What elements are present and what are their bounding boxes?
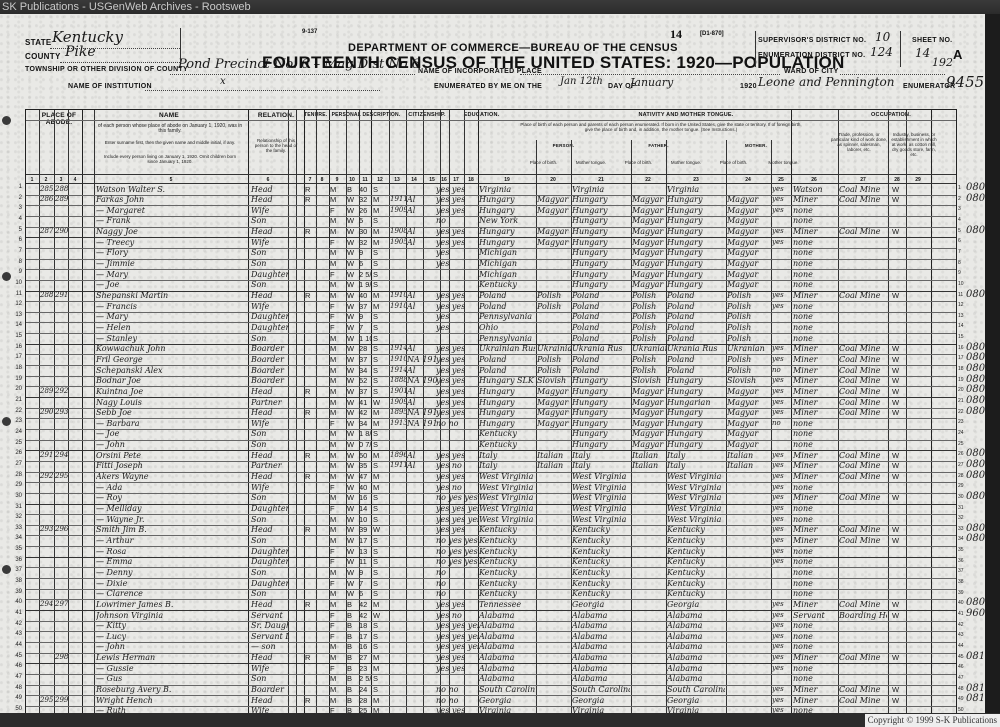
occupation: Miner xyxy=(793,461,837,470)
sex: M xyxy=(330,536,344,545)
marital-status: W xyxy=(373,525,387,534)
immigration-year: 1888 xyxy=(390,376,406,384)
father-mother-tongue: Magyar xyxy=(632,280,666,289)
marital-status: M xyxy=(373,696,387,705)
marital-status: M xyxy=(373,227,387,236)
sex: M xyxy=(330,334,344,343)
race: B xyxy=(347,642,359,651)
father-birthplace: West Virginia xyxy=(572,493,630,502)
line-number: 32 xyxy=(958,515,968,521)
speaks-english: yes xyxy=(772,376,790,384)
relationship: Head xyxy=(251,291,289,300)
speaks-english: yes xyxy=(772,547,790,555)
person-mother-tongue: Magyar xyxy=(537,387,571,396)
institution-label: NAME OF INSTITUTION xyxy=(68,83,152,90)
father-birthplace: Poland xyxy=(572,302,630,311)
sheet-number-label: SHEET NO. xyxy=(912,37,952,44)
line-number: 48 xyxy=(8,685,22,691)
father-birthplace: Hungary xyxy=(572,387,630,396)
sex: M xyxy=(330,600,344,609)
marital-status: M xyxy=(373,664,387,673)
home-owned-rented: R xyxy=(305,696,315,705)
relationship: Head xyxy=(251,696,289,705)
marital-status: S xyxy=(373,557,387,566)
census-table: PLACE OF ABODE. NAME RELATION. TENURE. P… xyxy=(25,109,957,717)
occupation: none xyxy=(793,589,837,598)
father-mother-tongue: Magyar xyxy=(632,227,666,236)
race: B xyxy=(347,674,359,683)
relationship: Wife xyxy=(251,664,289,673)
person-birthplace: Hungary xyxy=(479,387,535,396)
line-number: 13 xyxy=(958,313,968,319)
relationship: Head xyxy=(251,195,289,204)
person-name: — Mary xyxy=(96,312,246,321)
person-name: Watson Walter S. xyxy=(96,185,246,194)
occupation: none xyxy=(793,440,837,449)
occupation: Miner xyxy=(793,398,837,407)
speaks-english: yes xyxy=(772,238,790,246)
speaks-english: yes xyxy=(772,685,790,693)
industry: Coal Mine xyxy=(839,493,887,502)
education: no xyxy=(436,216,478,225)
mother-birthplace: Hungary xyxy=(667,280,725,289)
person-birthplace: Alabama xyxy=(479,642,535,651)
industry: Coal Mine xyxy=(839,376,887,385)
line-number: 38 xyxy=(958,579,968,585)
race: W xyxy=(347,227,359,236)
person-name: Lowrimer James B. xyxy=(96,600,246,609)
education: yes yes xyxy=(436,664,478,673)
occupation: none xyxy=(793,206,837,215)
father-birthplace: Hungary xyxy=(572,238,630,247)
immigration-year: 1910 xyxy=(390,355,406,363)
column-rule xyxy=(371,110,372,716)
race: W xyxy=(347,408,359,417)
education: yes yes xyxy=(436,408,478,417)
line-number: 22 xyxy=(8,408,22,414)
sex: F xyxy=(330,419,344,428)
person-birthplace: Ohio xyxy=(479,323,535,332)
occupation: Miner xyxy=(793,355,837,364)
occupation-code: 960 xyxy=(966,608,985,619)
person-name: Wright Hench xyxy=(96,696,246,705)
person-birthplace: West Virginia xyxy=(479,504,535,513)
person-birthplace: Kentucky xyxy=(479,536,535,545)
speaks-english: yes xyxy=(772,344,790,352)
industry: Coal Mine xyxy=(839,344,887,353)
line-number: 2 xyxy=(8,195,22,201)
relationship: Head xyxy=(251,227,289,236)
education: yes yes xyxy=(436,376,478,385)
industry: Coal Mine xyxy=(839,408,887,417)
age: 41 xyxy=(359,398,371,407)
dwelling-number: 293 xyxy=(40,525,54,533)
person-birthplace: Pennsylvania xyxy=(479,334,535,343)
father-mother-tongue: Magyar xyxy=(632,419,666,428)
occupation: Miner xyxy=(793,366,837,375)
father-pob-heading: Place of birth. xyxy=(611,160,666,165)
sex: F xyxy=(330,206,344,215)
naturalization: Al xyxy=(407,398,437,407)
family-number: 293 xyxy=(55,408,69,416)
line-number: 31 xyxy=(958,505,968,511)
line-number: 33 xyxy=(8,525,22,531)
mother-birthplace: Hungary xyxy=(667,429,725,438)
mother-mother-tongue: Magyar xyxy=(727,429,771,438)
line-number: 23 xyxy=(8,418,22,424)
father-birthplace: Alabama xyxy=(572,632,630,641)
education: yes yes xyxy=(436,185,478,194)
father-birthplace: Italy xyxy=(572,451,630,460)
father-mother-tongue: Polish xyxy=(632,291,666,300)
line-number: 30 xyxy=(8,493,22,499)
age: 42 xyxy=(359,600,371,609)
industry: Coal Mine xyxy=(839,227,887,236)
father-mother-tongue: Magyar xyxy=(632,440,666,449)
occupation: none xyxy=(793,270,837,279)
father-birthplace: Poland xyxy=(572,334,630,343)
dwelling-number: 291 xyxy=(40,451,54,459)
industry: Coal Mine xyxy=(839,291,887,300)
father-mother-tongue: Magyar xyxy=(632,408,666,417)
mother-mother-tongue: Magyar xyxy=(727,440,771,449)
person-birthplace: Hungary xyxy=(479,195,535,204)
mother-birthplace: Hungary xyxy=(667,216,725,225)
line-number: 47 xyxy=(8,674,22,680)
father-birthplace: South Carolina xyxy=(572,685,630,694)
dwelling-number: 294 xyxy=(40,600,54,608)
age: 9 xyxy=(359,568,371,577)
father-birthplace: Hungary xyxy=(572,227,630,236)
person-name: Fril George xyxy=(96,355,246,364)
sex: M xyxy=(330,674,344,683)
mother-birthplace: West Virginia xyxy=(667,515,725,524)
person-birthplace: Michigan xyxy=(479,259,535,268)
father-birthplace: Hungary xyxy=(572,398,630,407)
mother-mother-tongue: Magyar xyxy=(727,387,771,396)
sex: M xyxy=(330,451,344,460)
occupation: Miner xyxy=(793,696,837,705)
mother-birthplace: Hungary xyxy=(667,419,725,428)
line-number: 40 xyxy=(8,599,22,605)
sex: M xyxy=(330,493,344,502)
person-birthplace: Kentucky xyxy=(479,280,535,289)
father-birthplace: Alabama xyxy=(572,611,630,620)
column-rule xyxy=(931,110,932,716)
line-number: 25 xyxy=(958,441,968,447)
line-number: 29 xyxy=(8,482,22,488)
person-birthplace: Hungary SLK xyxy=(479,376,535,385)
family-number: 288 xyxy=(55,185,69,193)
age: 14 xyxy=(359,504,371,513)
sheet-side: A xyxy=(953,47,962,62)
age: 47 xyxy=(359,472,371,481)
line-number: 44 xyxy=(958,643,968,649)
age: 1 9/12 xyxy=(359,280,371,289)
mother-birthplace: Alabama xyxy=(667,674,725,683)
mother-birthplace: Alabama xyxy=(667,621,725,630)
relationship: Son xyxy=(251,259,289,268)
marital-status: S xyxy=(373,334,387,343)
person-birthplace: Alabama xyxy=(479,664,535,673)
line-number: 21 xyxy=(8,397,22,403)
naturalization: Al xyxy=(407,451,437,460)
line-number: 36 xyxy=(8,557,22,563)
person-name: Shepanski Martin xyxy=(96,291,246,300)
race: B xyxy=(347,611,359,620)
education: yes yes xyxy=(436,387,478,396)
race: W xyxy=(347,504,359,513)
speaks-english: yes xyxy=(772,291,790,299)
speaks-english: yes xyxy=(772,493,790,501)
education: yes yes xyxy=(436,653,478,662)
punch-hole xyxy=(2,116,11,125)
industry: Coal Mine xyxy=(839,387,887,396)
mother-birthplace: Italy xyxy=(667,461,725,470)
relationship: Head xyxy=(251,653,289,662)
group-name: NAME xyxy=(94,112,244,119)
person-birthplace: Virginia xyxy=(479,185,535,194)
sheet-number-value: 14 xyxy=(915,46,930,60)
occupation: none xyxy=(793,429,837,438)
mother-birthplace: South Carolina xyxy=(667,685,725,694)
father-birthplace: Hungary xyxy=(572,440,630,449)
person-birthplace: Hungary xyxy=(479,206,535,215)
father-birthplace: Hungary xyxy=(572,216,630,225)
education: yes yes xyxy=(436,206,478,215)
person-name: — Gus xyxy=(96,674,246,683)
father-mother-tongue: Magyar xyxy=(632,195,666,204)
line-number: 28 xyxy=(8,472,22,478)
industry: Coal Mine xyxy=(839,398,887,407)
father-birthplace: Poland xyxy=(572,355,630,364)
speaks-english: yes xyxy=(772,227,790,235)
industry: Coal Mine xyxy=(839,185,887,194)
industry: Coal Mine xyxy=(839,696,887,705)
speaks-english: yes xyxy=(772,483,790,491)
speaks-english: yes xyxy=(772,408,790,416)
immigration-year: 1914 xyxy=(390,344,406,352)
header-rule xyxy=(26,120,956,121)
industry: Boarding House xyxy=(839,611,887,620)
person-birthplace: Italy xyxy=(479,451,535,460)
sex: M xyxy=(330,472,344,481)
person-name: Johnson Virginia xyxy=(96,611,246,620)
age: 40 xyxy=(359,185,371,194)
age: 28 xyxy=(359,696,371,705)
line-number: 43 xyxy=(8,631,22,637)
marital-status: S xyxy=(373,504,387,513)
person-birthplace: Georgia xyxy=(479,696,535,705)
father-birthplace: Hungary xyxy=(572,419,630,428)
person-birthplace: Poland xyxy=(479,366,535,375)
father-birthplace: Poland xyxy=(572,291,630,300)
immigration-year: 1911 xyxy=(390,461,406,469)
marital-status: M xyxy=(373,600,387,609)
occupation: Miner xyxy=(793,493,837,502)
mother-mother-tongue: Polish xyxy=(727,302,771,311)
line-number: 10 xyxy=(958,281,968,287)
father-birthplace: Hungary xyxy=(572,429,630,438)
marital-status: M xyxy=(373,419,387,428)
education: yes no xyxy=(436,483,478,492)
age: 40 xyxy=(359,291,371,300)
marital-status: S xyxy=(373,259,387,268)
county-value: Pike xyxy=(65,44,96,60)
age: 23 xyxy=(359,664,371,673)
race: W xyxy=(347,547,359,556)
speaks-english: yes xyxy=(772,642,790,650)
employer-class: W xyxy=(892,525,904,534)
marital-status: S xyxy=(373,216,387,225)
marital-status: S xyxy=(373,248,387,257)
industry: Coal Mine xyxy=(839,653,887,662)
sex: M xyxy=(330,216,344,225)
employer-class: W xyxy=(892,366,904,375)
sex: F xyxy=(330,270,344,279)
naturalization: NA 1915 xyxy=(407,419,437,428)
marital-status: S xyxy=(373,515,387,524)
line-number: 8 xyxy=(8,259,22,265)
family-number: 294 xyxy=(55,451,69,459)
marital-status: S xyxy=(373,366,387,375)
father-birthplace: Hungary xyxy=(572,259,630,268)
relationship: Son xyxy=(251,216,289,225)
relationship: Son xyxy=(251,515,289,524)
sex: M xyxy=(330,461,344,470)
person-birthplace: West Virginia xyxy=(479,493,535,502)
age: 10 xyxy=(359,515,371,524)
person-name: — Kitty xyxy=(96,621,246,630)
occupation-code: 080 xyxy=(966,533,985,544)
dwelling-number: 289 xyxy=(40,387,54,395)
speaks-english: yes xyxy=(772,611,790,619)
age: 1 8/12 xyxy=(359,429,371,438)
education: no no xyxy=(436,696,478,705)
person-birthplace: Ukrainian Rus xyxy=(479,344,535,353)
line-number: 50 xyxy=(8,706,22,712)
race: W xyxy=(347,238,359,247)
education: yes yes yes xyxy=(436,621,478,630)
immigration-year: 1909 xyxy=(390,206,406,214)
sex: M xyxy=(330,589,344,598)
institution-value: x xyxy=(220,76,226,87)
education: yes yes xyxy=(436,195,478,204)
race: B xyxy=(347,632,359,641)
line-number: 35 xyxy=(8,546,22,552)
marital-status: M xyxy=(373,291,387,300)
line-number: 3 xyxy=(958,206,968,212)
occupation-code: 081 xyxy=(966,651,985,662)
mother-birthplace: Kentucky xyxy=(667,568,725,577)
employer-class: W xyxy=(892,611,904,620)
marital-status: S xyxy=(373,674,387,683)
occupation-code: 080 xyxy=(966,363,985,374)
speaks-english: yes xyxy=(772,472,790,480)
immigration-year: 1905 xyxy=(390,238,406,246)
father-birthplace: Hungary xyxy=(572,408,630,417)
copyright-notice: Copyright © 1999 S-K Publications xyxy=(865,714,1000,727)
father-tongue-heading: Mother tongue. xyxy=(666,160,706,165)
person-mother-tongue: Polish xyxy=(537,366,571,375)
race: W xyxy=(347,248,359,257)
mother-mother-tongue: Italian xyxy=(727,451,771,460)
marital-status: M xyxy=(373,206,387,215)
person-name: — Rosa xyxy=(96,547,246,556)
marital-status: M xyxy=(373,653,387,662)
person-birthplace: Alabama xyxy=(479,674,535,683)
education: yes xyxy=(436,248,478,257)
race: W xyxy=(347,195,359,204)
mother-birthplace: Hungary xyxy=(667,408,725,417)
father-mother-tongue: Italian xyxy=(632,461,666,470)
occupation: none xyxy=(793,557,837,566)
relationship: Partner xyxy=(251,461,289,470)
education: yes xyxy=(436,312,478,321)
age: 37 xyxy=(359,355,371,364)
father-birthplace: Alabama xyxy=(572,642,630,651)
marital-status: S xyxy=(373,323,387,332)
employer-class: W xyxy=(892,344,904,353)
person-name: — Jimmie xyxy=(96,259,246,268)
industry: Coal Mine xyxy=(839,355,887,364)
person-name: — Treecy xyxy=(96,238,246,247)
person-name: Schepanski Alex xyxy=(96,366,246,375)
marital-status: M xyxy=(373,472,387,481)
education: yes yes xyxy=(436,355,478,364)
marital-status: M xyxy=(373,408,387,417)
sex: M xyxy=(330,355,344,364)
line-number: 49 xyxy=(8,695,22,701)
father-mother-tongue: Magyar xyxy=(632,270,666,279)
occupation: none xyxy=(793,621,837,630)
father-birthplace: West Virginia xyxy=(572,483,630,492)
mother-mother-tongue: Magyar xyxy=(727,195,771,204)
relationship: Boarder xyxy=(251,355,289,364)
enumerator-name: Leone and Pennington xyxy=(758,75,894,89)
mother-birthplace: Georgia xyxy=(667,600,725,609)
father-mother-tongue: Polish xyxy=(632,302,666,311)
person-name: Lewis Herman xyxy=(96,653,246,662)
mother-birthplace: Hungary xyxy=(667,376,725,385)
naturalization: Al xyxy=(407,291,437,300)
person-birthplace: Hungary xyxy=(479,238,535,247)
line-number: 16 xyxy=(8,344,22,350)
relationship: Son xyxy=(251,334,289,343)
father-birthplace: Kentucky xyxy=(572,579,630,588)
mother-mother-tongue: Magyar xyxy=(727,227,771,236)
group-education: EDUCATION. xyxy=(454,112,509,118)
person-name: — Helen xyxy=(96,323,246,332)
marital-status: M xyxy=(373,451,387,460)
age: 28 xyxy=(359,344,371,353)
home-owned-rented: R xyxy=(305,653,315,662)
marital-status: S xyxy=(373,536,387,545)
mother-birthplace: West Virginia xyxy=(667,493,725,502)
race: W xyxy=(347,376,359,385)
line-number: 8 xyxy=(958,260,968,266)
mother-tongue-heading: Mother tongue. xyxy=(761,160,806,165)
person-birthplace: Kentucky xyxy=(479,568,535,577)
immigration-year: 1901 xyxy=(390,387,406,395)
race: W xyxy=(347,451,359,460)
line-number: 47 xyxy=(958,675,968,681)
line-number: 15 xyxy=(958,334,968,340)
race: W xyxy=(347,419,359,428)
occupation: Watson xyxy=(793,185,837,194)
father-birthplace: Kentucky xyxy=(572,536,630,545)
age: 27 xyxy=(359,653,371,662)
